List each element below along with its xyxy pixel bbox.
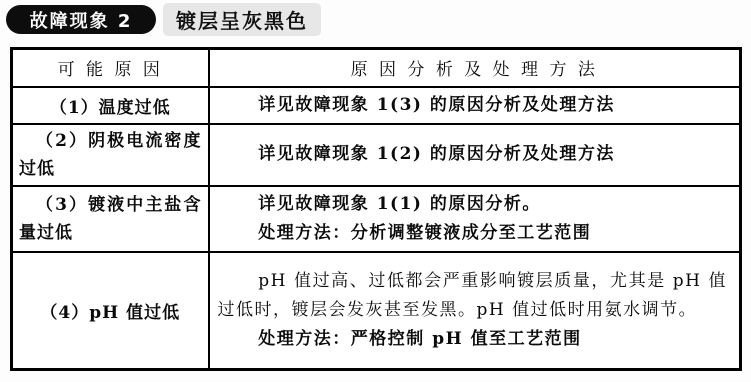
analysis-cell: 详见故障现象 1(2) 的原因分析及处理方法 (209, 124, 741, 186)
table-row: （2）阴极电流密度过低 详见故障现象 1(2) 的原因分析及处理方法 (12, 124, 741, 186)
method-text: 处理方法：分析调整镀液成分至工艺范围 (210, 219, 740, 248)
scanned-page: 故障现象 2 镀层呈灰黑色 可 能 原 因 原 因 分 析 及 处 理 方 法 … (0, 0, 751, 382)
col-header-analysis-method: 原 因 分 析 及 处 理 方 法 (209, 49, 741, 87)
analysis-cell: pH 值过高、过低都会严重影响镀层质量，尤其是 pH 值过低时，镀层会发灰甚至发… (209, 252, 741, 370)
table-header-row: 可 能 原 因 原 因 分 析 及 处 理 方 法 (12, 49, 741, 87)
cause-cell: （1）温度过低 (12, 87, 209, 124)
analysis-cell: 详见故障现象 1(1) 的原因分析。 处理方法：分析调整镀液成分至工艺范围 (209, 186, 741, 252)
analysis-cell: 详见故障现象 1(3) 的原因分析及处理方法 (209, 87, 741, 124)
fault-title-badge: 镀层呈灰黑色 (163, 3, 321, 36)
table-row: （3）镀液中主盐含量过低 详见故障现象 1(1) 的原因分析。 处理方法：分析调… (12, 186, 741, 252)
cause-cell: （4）pH 值过低 (12, 252, 209, 370)
fault-analysis-table: 可 能 原 因 原 因 分 析 及 处 理 方 法 （1）温度过低 详见故障现象… (10, 47, 742, 371)
table-row: （1）温度过低 详见故障现象 1(3) 的原因分析及处理方法 (12, 87, 741, 124)
section-header: 故障现象 2 镀层呈灰黑色 (6, 3, 321, 36)
analysis-text: 详见故障现象 1(3) 的原因分析及处理方法 (210, 91, 740, 120)
method-text: 处理方法：严格控制 pH 值至工艺范围 (210, 325, 740, 354)
cause-cell: （2）阴极电流密度过低 (12, 124, 209, 186)
analysis-text: 详见故障现象 1(1) 的原因分析。 (210, 190, 740, 219)
table-row: （4）pH 值过低 pH 值过高、过低都会严重影响镀层质量，尤其是 pH 值过低… (12, 252, 741, 370)
fault-title-label: 镀层呈灰黑色 (176, 5, 308, 34)
analysis-text: pH 值过高、过低都会严重影响镀层质量，尤其是 pH 值过低时，镀层会发灰甚至发… (210, 267, 740, 325)
fault-number-badge: 故障现象 2 (6, 5, 156, 34)
analysis-text: 详见故障现象 1(2) 的原因分析及处理方法 (210, 140, 740, 169)
fault-number-label: 故障现象 2 (30, 7, 133, 33)
cause-cell: （3）镀液中主盐含量过低 (12, 186, 209, 252)
col-header-possible-cause: 可 能 原 因 (12, 49, 209, 87)
